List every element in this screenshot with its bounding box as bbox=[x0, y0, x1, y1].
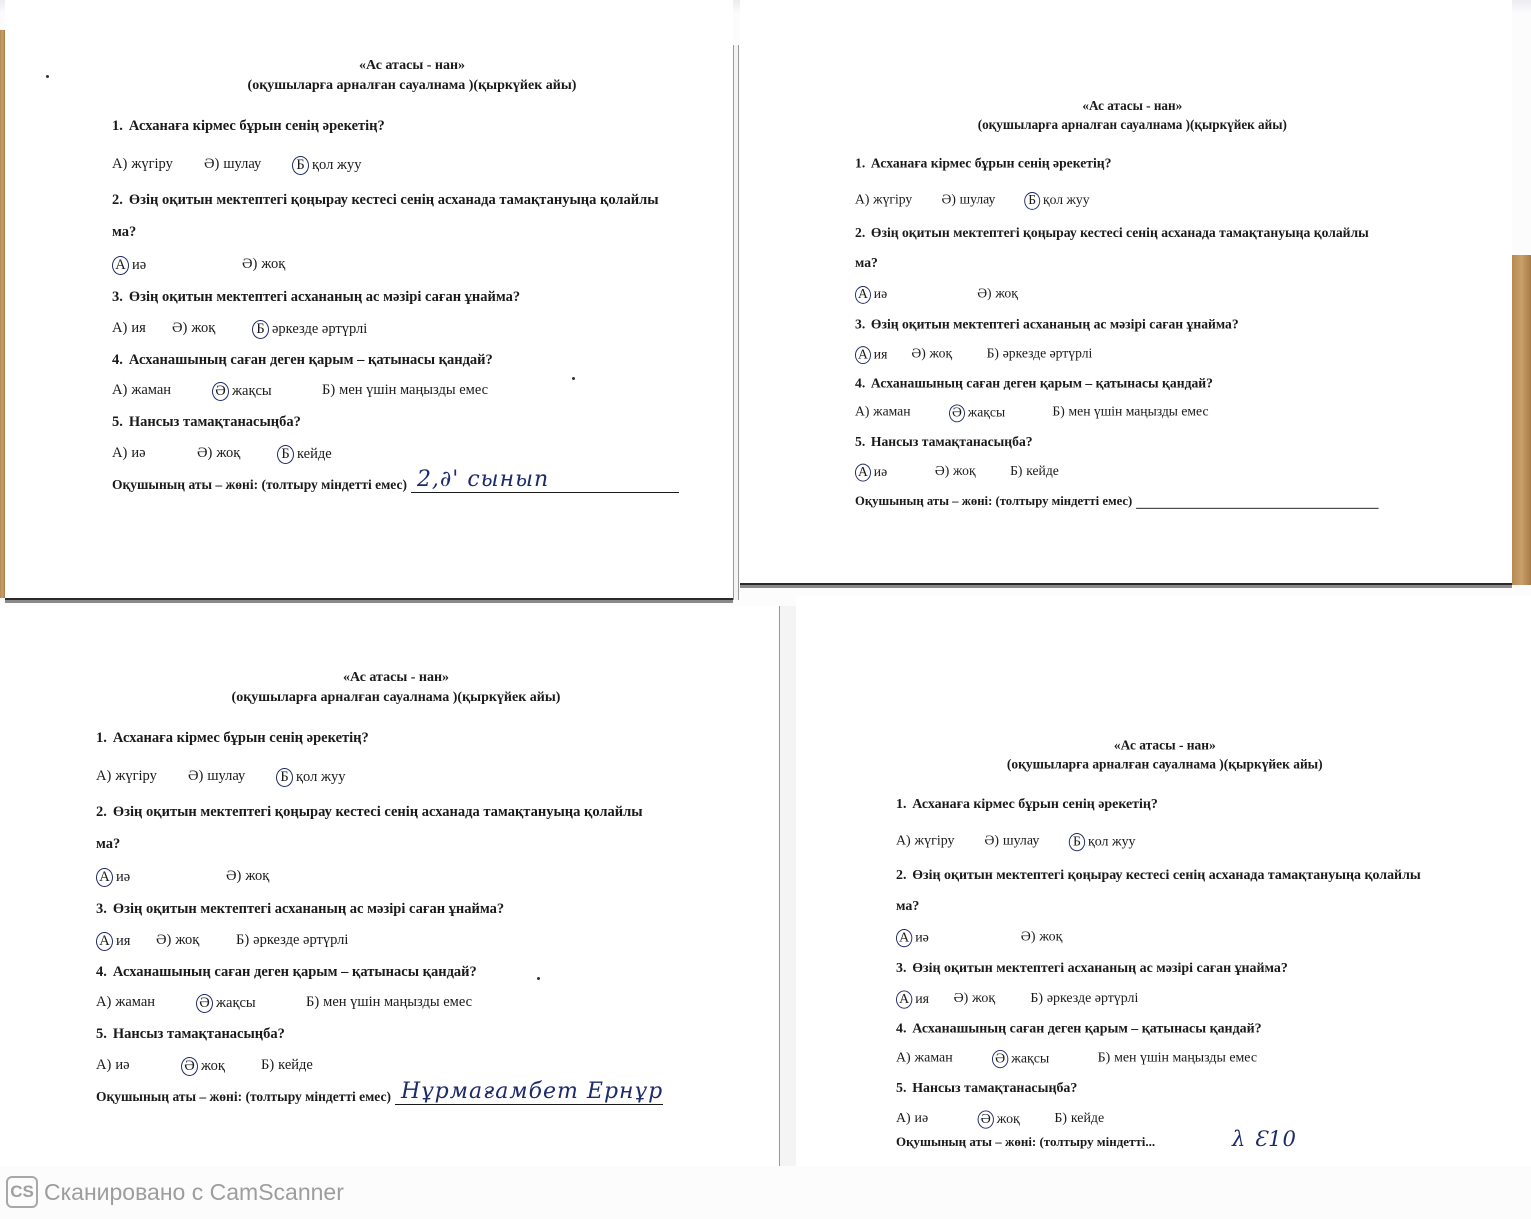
option-text: жоқ bbox=[995, 286, 1018, 302]
question-text: Асханашының саған деген қарым – қатынасы… bbox=[129, 352, 493, 368]
option-text: жақсы bbox=[1011, 1051, 1049, 1067]
option-letter: Б) bbox=[1052, 404, 1064, 420]
question-number: 5. bbox=[96, 1026, 107, 1042]
answer-option-selected[interactable]: Бқол жуу bbox=[1024, 192, 1089, 210]
answer-option-selected[interactable]: Аиә bbox=[96, 868, 130, 887]
option-text: иә bbox=[915, 1110, 929, 1126]
form-title: «Ас атасы - нан» bbox=[96, 668, 696, 688]
option-text: жүгіру bbox=[115, 768, 157, 785]
form-subtitle: (оқушыларға арналған сауалнама )(қыркүйе… bbox=[96, 688, 696, 708]
option-letter: А bbox=[96, 932, 113, 951]
option-text: жүгіру bbox=[915, 833, 955, 849]
answer-option-selected[interactable]: Аия bbox=[96, 932, 130, 951]
option-letter: Б) bbox=[1030, 990, 1043, 1006]
answer-option[interactable]: Ә)жоқ bbox=[977, 286, 1018, 302]
option-text: жоқ bbox=[175, 932, 199, 949]
question-text: Нансыз тамақтанасыңба? bbox=[871, 435, 1033, 450]
question-number: 1. bbox=[855, 156, 865, 171]
answer-option[interactable]: А)жаман bbox=[855, 404, 911, 420]
option-letter: Б) bbox=[306, 994, 319, 1011]
option-letter: Ә) bbox=[941, 192, 955, 208]
option-text: кейде bbox=[1071, 1110, 1104, 1126]
question-5: 5.Нансыз тамақтанасыңба? bbox=[112, 414, 301, 431]
option-text: шулау bbox=[207, 768, 245, 785]
option-letter: Б) bbox=[322, 382, 335, 399]
question-1: 1.Асханаға кірмес бұрын сенің әрекетің? bbox=[112, 118, 385, 135]
option-text: жоқ bbox=[261, 256, 285, 273]
answer-option[interactable]: А)ия bbox=[112, 320, 146, 337]
option-text: кейде bbox=[297, 446, 332, 463]
option-letter: А bbox=[896, 929, 912, 947]
answer-option[interactable]: Б)мен үшін маңызды емес bbox=[1098, 1050, 1257, 1066]
question-3: 3.Өзің оқитын мектептегі асхананың ас мә… bbox=[112, 289, 520, 306]
question-number: 2. bbox=[96, 804, 107, 820]
answer-option[interactable]: Ә)шулау bbox=[984, 833, 1039, 849]
question-text: Өзің оқитын мектептегі қоңырау кестесі с… bbox=[912, 868, 1421, 883]
form-subtitle: (оқушыларға арналған сауалнама )(қыркүйе… bbox=[855, 117, 1410, 136]
option-text: жоқ bbox=[245, 868, 269, 885]
question-text: Өзің оқитын мектептегі қоңырау кестесі с… bbox=[129, 192, 659, 208]
answer-option-selected[interactable]: Бқол жуу bbox=[276, 768, 345, 787]
answer-option[interactable]: Ә)шулау bbox=[188, 768, 245, 785]
option-letter: Ә bbox=[196, 994, 213, 1013]
sheet-fold-bottom bbox=[779, 606, 797, 1166]
option-text: жаман bbox=[115, 994, 155, 1011]
question-number: 4. bbox=[96, 964, 107, 980]
option-text: жоқ bbox=[201, 1058, 225, 1075]
question-number: 2. bbox=[112, 192, 123, 208]
option-letter: А) bbox=[855, 192, 869, 208]
option-letter: А) bbox=[96, 768, 111, 785]
option-text: жоқ bbox=[191, 320, 215, 337]
option-text: мен үшін маңызды емес bbox=[1069, 404, 1209, 420]
option-letter: А) bbox=[112, 320, 127, 337]
question-2: 2.Өзің оқитын мектептегі қоңырау кестесі… bbox=[896, 868, 1421, 884]
answer-option[interactable]: Б)әркезде әртүрлі bbox=[1030, 990, 1138, 1006]
option-text: мен үшін маңызды емес bbox=[323, 994, 472, 1011]
question-number: 3. bbox=[96, 901, 107, 917]
option-letter: А) bbox=[896, 833, 911, 849]
answer-option[interactable]: А)жүгіру bbox=[112, 156, 173, 173]
option-letter: Б) bbox=[236, 932, 249, 949]
student-name-row: Оқушының аты – жөні: (толтыру міндетті е… bbox=[855, 487, 1379, 509]
handwritten-mark: λ Ɛ10 bbox=[1232, 1128, 1297, 1152]
form-title: «Ас атасы - нан» bbox=[896, 737, 1434, 756]
option-text: қол жуу bbox=[1043, 193, 1090, 209]
answer-option[interactable]: Б)кейде bbox=[1054, 1110, 1104, 1126]
option-text: иә bbox=[116, 869, 130, 886]
option-letter: Ә bbox=[949, 404, 965, 422]
question-number: 5. bbox=[855, 435, 865, 450]
question-4: 4.Асханашының саған деген қарым – қатына… bbox=[96, 964, 477, 981]
question-text: Өзің оқитын мектептегі асхананың ас мәзі… bbox=[113, 901, 504, 917]
option-text: әркезде әртүрлі bbox=[1047, 990, 1138, 1006]
question-text-continued: ма? bbox=[96, 836, 120, 853]
answer-option[interactable]: Ә)шулау bbox=[941, 192, 995, 208]
answer-option[interactable]: А)жүгіру bbox=[896, 833, 954, 849]
option-letter: Ә) bbox=[156, 932, 171, 949]
answer-option[interactable]: А)жүгіру bbox=[96, 768, 157, 785]
student-name-row: Оқушының аты – жөні: (толтыру міндетті..… bbox=[896, 1134, 1155, 1149]
option-letter: Ә) bbox=[197, 445, 212, 462]
option-letter: Ә) bbox=[977, 286, 991, 302]
answer-option[interactable]: Ә)жоқ bbox=[911, 346, 952, 362]
option-text: жоқ bbox=[1039, 929, 1062, 945]
option-letter: А bbox=[855, 346, 871, 364]
option-text: жоқ bbox=[953, 464, 976, 480]
option-letter: Б bbox=[252, 320, 269, 339]
option-letter: А) bbox=[112, 156, 127, 173]
answer-option[interactable]: Б)кейде bbox=[261, 1057, 313, 1074]
question-5: 5.Нансыз тамақтанасыңба? bbox=[896, 1081, 1077, 1097]
question-2: 2.Өзің оқитын мектептегі қоңырау кестесі… bbox=[112, 192, 659, 209]
question-text: Өзің оқитын мектептегі қоңырау кестесі с… bbox=[871, 226, 1369, 241]
answer-option-selected[interactable]: Аиә bbox=[855, 464, 887, 482]
question-number: 5. bbox=[112, 414, 123, 430]
answer-option[interactable]: Ә)жоқ bbox=[954, 990, 996, 1006]
answer-option-selected[interactable]: Бқол жуу bbox=[1069, 833, 1136, 851]
answer-option[interactable]: Ә)шулау bbox=[204, 156, 261, 173]
answer-option[interactable]: Б)әркезде әртүрлі bbox=[236, 932, 348, 949]
option-text: жақсы bbox=[216, 995, 256, 1012]
option-text: жүгіру bbox=[131, 156, 173, 173]
option-text: шулау bbox=[223, 156, 261, 173]
question-text-continued: ма? bbox=[112, 224, 136, 241]
student-name-field[interactable]: 2,∂' сынып bbox=[411, 470, 679, 493]
answer-option[interactable]: Ә)жоқ bbox=[935, 464, 976, 480]
answer-option-selected[interactable]: Әжақсы bbox=[949, 404, 1005, 422]
answer-option[interactable]: Б)мен үшін маңызды емес bbox=[1052, 404, 1208, 420]
question-number: 3. bbox=[855, 317, 865, 332]
question-text: Асханашының саған деген қарым – қатынасы… bbox=[871, 376, 1213, 391]
option-letter: А) bbox=[896, 1110, 911, 1126]
option-letter: Ә) bbox=[935, 464, 949, 480]
question-text: Асханашының саған деген қарым – қатынасы… bbox=[113, 964, 477, 980]
answer-option-selected[interactable]: Аия bbox=[896, 990, 929, 1008]
question-number: 3. bbox=[896, 961, 906, 976]
option-letter: Ә) bbox=[226, 868, 241, 885]
answer-option[interactable]: Б)мен үшін маңызды емес bbox=[322, 382, 488, 399]
option-letter: А bbox=[112, 256, 129, 275]
option-text: жоқ bbox=[997, 1111, 1020, 1127]
option-text: ия bbox=[874, 347, 888, 363]
question-number: 1. bbox=[112, 118, 123, 134]
question-4: 4.Асханашының саған деген қарым – қатына… bbox=[896, 1021, 1262, 1037]
answer-option[interactable]: А)иә bbox=[112, 445, 146, 462]
option-letter: Б bbox=[276, 768, 293, 787]
option-letter: Ә) bbox=[172, 320, 187, 337]
option-letter: Ә bbox=[992, 1050, 1008, 1068]
question-text: Асханаға кірмес бұрын сенің әрекетің? bbox=[113, 730, 369, 746]
option-letter: Ә) bbox=[242, 256, 257, 273]
answer-option[interactable]: Ә)жоқ bbox=[172, 320, 215, 337]
sheet-fold bbox=[733, 45, 739, 600]
option-letter: Б bbox=[292, 156, 309, 175]
option-text: қол жуу bbox=[1088, 834, 1136, 850]
watermark-text: Сканировано с CamScanner bbox=[44, 1179, 344, 1206]
question-number: 4. bbox=[896, 1021, 906, 1036]
question-text: Нансыз тамақтанасыңба? bbox=[129, 414, 301, 430]
question-4: 4.Асханашының саған деген қарым – қатына… bbox=[855, 376, 1213, 392]
option-text: жоқ bbox=[972, 990, 995, 1006]
option-text: иә bbox=[132, 257, 146, 274]
answer-option-selected[interactable]: Бәркезде әртүрлі bbox=[252, 320, 367, 339]
question-1: 1.Асханаға кірмес бұрын сенің әрекетің? bbox=[896, 797, 1158, 813]
answer-option-selected[interactable]: Әжоқ bbox=[978, 1110, 1020, 1128]
option-letter: А bbox=[855, 286, 871, 304]
form-subtitle: (оқушыларға арналған сауалнама )(қыркүйе… bbox=[112, 76, 712, 96]
question-number: 2. bbox=[896, 868, 906, 883]
option-text: мен үшін маңызды емес bbox=[339, 382, 488, 399]
form-title: «Ас атасы - нан» bbox=[112, 56, 712, 76]
option-text: ия bbox=[116, 933, 130, 950]
question-3: 3.Өзің оқитын мектептегі асхананың ас мә… bbox=[96, 901, 504, 918]
option-text: мен үшін маңызды емес bbox=[1114, 1050, 1257, 1066]
option-text: иә bbox=[874, 287, 887, 303]
option-text: ия bbox=[915, 991, 929, 1007]
option-text: жаман bbox=[873, 404, 910, 420]
option-letter: А bbox=[896, 990, 912, 1008]
answer-option[interactable]: Б)әркезде әртүрлі bbox=[987, 346, 1093, 362]
student-name-label: Оқушының аты – жөні: (толтыру міндетті е… bbox=[96, 1089, 391, 1105]
student-name-row: Оқушының аты – жөні: (толтыру міндетті е… bbox=[96, 1082, 663, 1105]
question-5: 5.Нансыз тамақтанасыңба? bbox=[96, 1026, 285, 1043]
option-letter: А) bbox=[96, 994, 111, 1011]
answer-option[interactable]: Ә)жоқ bbox=[156, 932, 199, 949]
answer-option[interactable]: А)иә bbox=[896, 1110, 928, 1126]
option-letter: А) bbox=[112, 382, 127, 399]
answer-option-selected[interactable]: Аия bbox=[855, 346, 887, 364]
answer-option[interactable]: Ә)жоқ bbox=[1021, 929, 1063, 945]
option-text: жүгіру bbox=[873, 192, 912, 208]
option-letter: А bbox=[855, 464, 871, 482]
student-name-label: Оқушының аты – жөні: (толтыру міндетті е… bbox=[112, 477, 407, 493]
form-subtitle: (оқушыларға арналған сауалнама )(қыркүйе… bbox=[896, 756, 1434, 775]
answer-option[interactable]: А)жаман bbox=[112, 382, 171, 399]
answer-option-selected[interactable]: Әжақсы bbox=[212, 382, 272, 401]
question-text: Өзің оқитын мектептегі қоңырау кестесі с… bbox=[113, 804, 643, 820]
question-number: 4. bbox=[855, 376, 865, 391]
option-letter: Б) bbox=[987, 346, 999, 362]
option-text: жоқ bbox=[930, 346, 953, 362]
answer-option-selected[interactable]: Әжақсы bbox=[992, 1050, 1049, 1068]
option-text: жақсы bbox=[968, 405, 1005, 421]
option-letter: Ә bbox=[181, 1057, 198, 1076]
option-letter: Ә bbox=[212, 382, 229, 401]
question-text-continued: ма? bbox=[855, 256, 878, 272]
question-2: 2.Өзің оқитын мектептегі қоңырау кестесі… bbox=[855, 226, 1369, 242]
answer-option[interactable]: А)жүгіру bbox=[855, 192, 912, 208]
option-text: жақсы bbox=[232, 383, 272, 400]
answer-option[interactable]: Б)мен үшін маңызды емес bbox=[306, 994, 472, 1011]
option-text: қол жуу bbox=[312, 157, 361, 174]
question-text: Нансыз тамақтанасыңба? bbox=[912, 1081, 1077, 1096]
answer-option-selected[interactable]: Бқол жуу bbox=[292, 156, 361, 175]
option-text: жоқ bbox=[216, 445, 240, 462]
option-letter: Б) bbox=[1098, 1050, 1111, 1066]
speck bbox=[537, 977, 540, 980]
option-text: әркезде әртүрлі bbox=[253, 932, 348, 949]
camscanner-watermark: CS Сканировано с CamScanner bbox=[6, 1176, 344, 1208]
question-number: 4. bbox=[112, 352, 123, 368]
question-number: 5. bbox=[896, 1081, 906, 1096]
question-text: Асханаға кірмес бұрын сенің әрекетің? bbox=[871, 156, 1112, 171]
option-text: жаман bbox=[131, 382, 171, 399]
question-text: Өзің оқитын мектептегі асхананың ас мәзі… bbox=[871, 317, 1239, 332]
answer-option[interactable]: А)жаман bbox=[96, 994, 155, 1011]
option-text: иә bbox=[115, 1057, 129, 1074]
option-text: әркезде әртүрлі bbox=[272, 321, 367, 338]
answer-option-selected[interactable]: Бкейде bbox=[277, 445, 332, 464]
answer-option[interactable]: А)жаман bbox=[896, 1050, 953, 1066]
answer-option[interactable]: Б)кейде bbox=[1010, 464, 1059, 480]
option-text: кейде bbox=[1026, 464, 1059, 480]
option-text: жаман bbox=[915, 1050, 953, 1066]
desk-surface-right bbox=[1512, 255, 1531, 585]
option-letter: Б) bbox=[261, 1057, 274, 1074]
option-letter: А bbox=[96, 868, 113, 887]
speck bbox=[46, 75, 49, 78]
student-name-label: Оқушының аты – жөні: (толтыру міндетті..… bbox=[896, 1134, 1155, 1149]
student-name-label: Оқушының аты – жөні: (толтыру міндетті е… bbox=[855, 494, 1132, 509]
option-letter: Ә) bbox=[188, 768, 203, 785]
option-text: қол жуу bbox=[296, 769, 345, 786]
question-text-continued: ма? bbox=[896, 898, 919, 914]
answer-option[interactable]: А)иә bbox=[96, 1057, 130, 1074]
option-text: ия bbox=[131, 320, 145, 337]
question-4: 4.Асханашының саған деген қарым – қатына… bbox=[112, 352, 493, 369]
question-number: 3. bbox=[112, 289, 123, 305]
handwritten-name: 2,∂' сынып bbox=[417, 467, 549, 492]
question-number: 1. bbox=[896, 797, 906, 812]
answer-option-selected[interactable]: Аиә bbox=[896, 929, 929, 947]
handwritten-name: Нұрмағамбет Ернұр bbox=[401, 1079, 663, 1104]
question-text: Асханашының саған деген қарым – қатынасы… bbox=[912, 1021, 1261, 1036]
question-1: 1.Асханаға кірмес бұрын сенің әрекетің? bbox=[855, 156, 1111, 172]
answer-option-selected[interactable]: Аиә bbox=[855, 286, 887, 304]
option-letter: Ә) bbox=[954, 990, 969, 1006]
option-letter: А) bbox=[855, 404, 869, 420]
option-text: кейде bbox=[278, 1057, 313, 1074]
speck bbox=[572, 377, 575, 380]
answer-option[interactable]: Ә)жоқ bbox=[226, 868, 269, 885]
question-5: 5.Нансыз тамақтанасыңба? bbox=[855, 435, 1033, 451]
question-2: 2.Өзің оқитын мектептегі қоңырау кестесі… bbox=[96, 804, 643, 821]
option-text: шулау bbox=[960, 192, 996, 208]
answer-option-selected[interactable]: Әжоқ bbox=[181, 1057, 225, 1076]
option-text: иә bbox=[915, 930, 929, 946]
option-letter: А) bbox=[112, 445, 127, 462]
camscanner-logo-icon: CS bbox=[6, 1176, 38, 1208]
answer-option[interactable]: Ә)жоқ bbox=[197, 445, 240, 462]
option-letter: Ә) bbox=[911, 346, 925, 362]
question-text: Асханаға кірмес бұрын сенің әрекетің? bbox=[129, 118, 385, 134]
option-letter: Б bbox=[1024, 192, 1040, 210]
form-title: «Ас атасы - нан» bbox=[855, 98, 1410, 117]
answer-option-selected[interactable]: Аиә bbox=[112, 256, 146, 275]
option-text: иә bbox=[131, 445, 145, 462]
option-letter: Б) bbox=[1054, 1110, 1067, 1126]
option-letter: Б bbox=[1069, 833, 1085, 851]
option-letter: Ә) bbox=[204, 156, 219, 173]
student-name-field[interactable] bbox=[1136, 487, 1379, 509]
question-text: Асханаға кірмес бұрын сенің әрекетің? bbox=[912, 797, 1158, 812]
question-number: 1. bbox=[96, 730, 107, 746]
question-number: 2. bbox=[855, 226, 865, 241]
student-name-row: Оқушының аты – жөні: (толтыру міндетті е… bbox=[112, 470, 679, 493]
answer-option[interactable]: Ә)жоқ bbox=[242, 256, 285, 273]
option-text: әркезде әртүрлі bbox=[1003, 346, 1093, 362]
option-letter: Б) bbox=[1010, 464, 1022, 480]
question-1: 1.Асханаға кірмес бұрын сенің әрекетің? bbox=[96, 730, 369, 747]
option-letter: Ә bbox=[978, 1110, 994, 1128]
answer-option-selected[interactable]: Әжақсы bbox=[196, 994, 256, 1013]
option-letter: А) bbox=[896, 1050, 911, 1066]
student-name-field[interactable]: Нұрмағамбет Ернұр bbox=[395, 1082, 663, 1105]
question-text: Өзің оқитын мектептегі асхананың ас мәзі… bbox=[129, 289, 520, 305]
question-3: 3.Өзің оқитын мектептегі асхананың ас мә… bbox=[855, 317, 1239, 333]
option-letter: А) bbox=[96, 1057, 111, 1074]
option-letter: Б bbox=[277, 445, 294, 464]
option-letter: Ә) bbox=[1021, 929, 1036, 945]
question-3: 3.Өзің оқитын мектептегі асхананың ас мә… bbox=[896, 961, 1288, 977]
question-text: Нансыз тамақтанасыңба? bbox=[113, 1026, 285, 1042]
option-text: иә bbox=[874, 465, 887, 481]
option-text: шулау bbox=[1003, 833, 1039, 849]
question-text: Өзің оқитын мектептегі асхананың ас мәзі… bbox=[912, 961, 1288, 976]
option-letter: Ә) bbox=[984, 833, 999, 849]
